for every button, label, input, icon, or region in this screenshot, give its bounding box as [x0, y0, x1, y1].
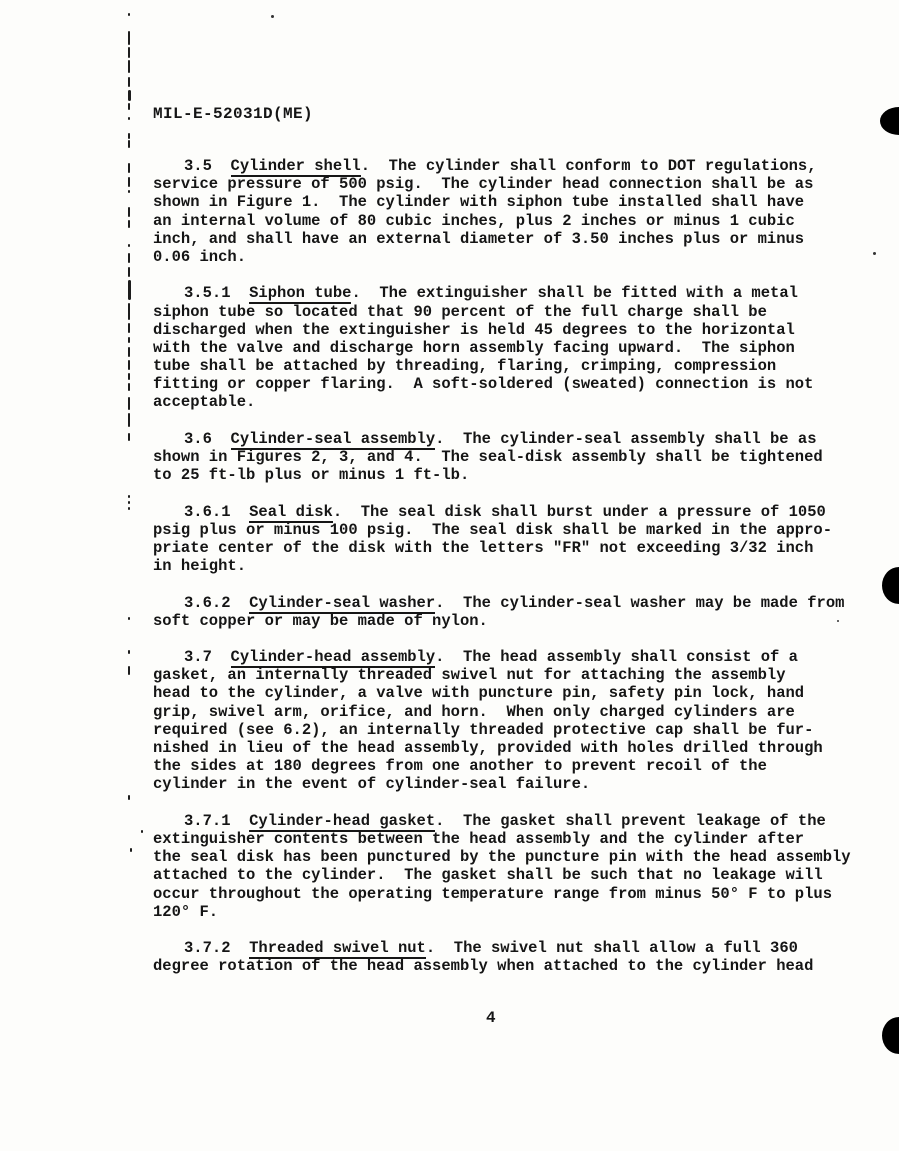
- paragraph-heading-line: 3.7 Cylinder-head assembly. The head ass…: [153, 648, 877, 666]
- binder-edge-mark: [882, 1017, 899, 1054]
- section-title: Cylinder-seal washer: [249, 594, 435, 614]
- paragraph-heading-line: 3.6 Cylinder-seal assembly. The cylinder…: [153, 430, 877, 448]
- paragraph-3.6.1: 3.6.1 Seal disk. The seal disk shall bur…: [153, 503, 877, 576]
- paragraph-line: to 25 ft-lb plus or minus 1 ft-lb.: [153, 466, 877, 484]
- section-title: Cylinder-head gasket: [249, 812, 435, 832]
- scan-noise-dash: [128, 220, 130, 228]
- scan-noise-dash: [128, 31, 130, 45]
- scan-noise-dash: [128, 337, 130, 343]
- scan-noise-dash: [128, 650, 130, 654]
- scan-noise-dash: [128, 495, 130, 498]
- heading-line-text: . The cylinder-seal washer may be made f…: [435, 594, 844, 612]
- paragraph-line: shown in Figure 1. The cylinder with sip…: [153, 193, 877, 211]
- heading-line-text: . The head assembly shall consist of a: [435, 648, 798, 666]
- binder-edge-mark: [882, 567, 899, 604]
- binder-edge-mark: [880, 107, 899, 135]
- scan-noise-dash: [130, 848, 132, 852]
- scan-noise-dash: [128, 383, 130, 391]
- paragraph-line: discharged when the extinguisher is held…: [153, 321, 877, 339]
- section-title: Cylinder shell: [231, 157, 361, 177]
- section-title: Seal disk: [249, 503, 333, 523]
- paragraph-line: cylinder in the event of cylinder-seal f…: [153, 775, 877, 793]
- scan-noise-dash: [128, 253, 130, 263]
- paragraph-line: psig plus or minus 100 psig. The seal di…: [153, 521, 877, 539]
- scan-noise-dash: [128, 140, 130, 148]
- scan-noise-dash: [128, 303, 130, 320]
- section-number: 3.7.2: [184, 939, 231, 957]
- paragraph-line: 0.06 inch.: [153, 248, 877, 266]
- paragraph-3.6.2: 3.6.2 Cylinder-seal washer. The cylinder…: [153, 594, 877, 630]
- scan-noise-dash: [128, 163, 130, 173]
- heading-line-text: . The seal disk shall burst under a pres…: [333, 503, 826, 521]
- paragraph-line: extinguisher contents between the head a…: [153, 830, 877, 848]
- scan-noise-dash: [128, 666, 130, 675]
- scan-noise-dash: [128, 433, 130, 441]
- paragraph-line: fitting or copper flaring. A soft-solder…: [153, 375, 877, 393]
- scanned-document-page: MIL-E-52031D(ME) 3.5 Cylinder shell. The…: [0, 0, 899, 1151]
- paragraph-line: 120° F.: [153, 903, 877, 921]
- scan-noise-dash: [128, 133, 130, 139]
- paragraph-line: soft copper or may be made of nylon.: [153, 612, 877, 630]
- paragraph-line: nished in lieu of the head assembly, pro…: [153, 739, 877, 757]
- section-number: 3.6.2: [184, 594, 231, 612]
- scan-noise-dash: [128, 77, 130, 87]
- scan-noise-dash: [128, 360, 130, 370]
- paragraph-line: the sides at 180 degrees from one anothe…: [153, 757, 877, 775]
- paragraph-line: acceptable.: [153, 393, 877, 411]
- paragraph-line: an internal volume of 80 cubic inches, p…: [153, 212, 877, 230]
- scan-noise-speck: [271, 15, 274, 18]
- paragraph-3.7.2: 3.7.2 Threaded swivel nut. The swivel nu…: [153, 939, 877, 975]
- section-title: Threaded swivel nut: [249, 939, 426, 959]
- scan-noise-dash: [128, 280, 131, 300]
- paragraph-line: attached to the cylinder. The gasket sha…: [153, 866, 877, 884]
- paragraph-line: shown in Figures 2, 3, and 4. The seal-d…: [153, 448, 877, 466]
- section-number: 3.5: [184, 157, 212, 175]
- heading-line-text: . The swivel nut shall allow a full 360: [426, 939, 798, 957]
- scan-noise-dash: [128, 190, 130, 193]
- scan-noise-dash: [128, 413, 130, 427]
- paragraph-heading-line: 3.7.1 Cylinder-head gasket. The gasket s…: [153, 812, 877, 830]
- document-id-header: MIL-E-52031D(ME): [153, 105, 313, 123]
- paragraph-line: head to the cylinder, a valve with punct…: [153, 684, 877, 702]
- paragraph-line: required (see 6.2), an internally thread…: [153, 721, 877, 739]
- paragraph-line: with the valve and discharge horn assemb…: [153, 339, 877, 357]
- scan-noise-dash: [128, 347, 130, 357]
- scan-noise-dash: [128, 397, 130, 410]
- section-title: Cylinder-seal assembly: [231, 430, 436, 450]
- scan-noise-dash: [128, 795, 130, 800]
- scan-noise-dash: [128, 323, 130, 333]
- paragraph-3.5.1: 3.5.1 Siphon tube. The extinguisher shal…: [153, 284, 877, 411]
- scan-noise-dash: [128, 117, 130, 120]
- paragraph-3.5: 3.5 Cylinder shell. The cylinder shall c…: [153, 157, 877, 266]
- section-number: 3.7: [184, 648, 212, 666]
- scan-noise-dash: [128, 60, 130, 73]
- scan-noise-speck: [873, 252, 876, 255]
- paragraph-line: in height.: [153, 557, 877, 575]
- scan-noise-dash: [141, 830, 143, 833]
- heading-line-text: . The cylinder-seal assembly shall be as: [435, 430, 816, 448]
- paragraph-3.7: 3.7 Cylinder-head assembly. The head ass…: [153, 648, 877, 794]
- paragraph-line: occur throughout the operating temperatu…: [153, 885, 877, 903]
- scan-noise-dash: [128, 501, 130, 504]
- scan-noise-dash: [128, 267, 130, 277]
- scan-noise-dash: [128, 47, 130, 58]
- scan-noise-dash: [128, 244, 130, 247]
- section-number: 3.6.1: [184, 503, 231, 521]
- paragraph-heading-line: 3.6.1 Seal disk. The seal disk shall bur…: [153, 503, 877, 521]
- paragraph-heading-line: 3.5 Cylinder shell. The cylinder shall c…: [153, 157, 877, 175]
- scan-noise-dash: [128, 13, 130, 16]
- paragraph-line: service pressure of 500 psig. The cylind…: [153, 175, 877, 193]
- paragraph-line: gasket, an internally threaded swivel nu…: [153, 666, 877, 684]
- scan-noise-speck: [837, 620, 839, 622]
- paragraph-heading-line: 3.5.1 Siphon tube. The extinguisher shal…: [153, 284, 877, 302]
- section-number: 3.7.1: [184, 812, 231, 830]
- paragraph-line: degree rotation of the head assembly whe…: [153, 957, 877, 975]
- document-body: 3.5 Cylinder shell. The cylinder shall c…: [153, 157, 877, 975]
- paragraph-3.7.1: 3.7.1 Cylinder-head gasket. The gasket s…: [153, 812, 877, 921]
- scan-noise-dash: [128, 373, 130, 380]
- paragraph-heading-line: 3.6.2 Cylinder-seal washer. The cylinder…: [153, 594, 877, 612]
- paragraph-line: priate center of the disk with the lette…: [153, 539, 877, 557]
- heading-line-text: . The cylinder shall conform to DOT regu…: [361, 157, 817, 175]
- paragraph-line: the seal disk has been punctured by the …: [153, 848, 877, 866]
- paragraph-3.6: 3.6 Cylinder-seal assembly. The cylinder…: [153, 430, 877, 485]
- section-title: Cylinder-head assembly: [231, 648, 436, 668]
- section-title: Siphon tube: [249, 284, 351, 304]
- section-number: 3.6: [184, 430, 212, 448]
- heading-line-text: . The extinguisher shall be fitted with …: [351, 284, 797, 302]
- scan-noise-dash: [128, 177, 130, 187]
- section-number: 3.5.1: [184, 284, 231, 302]
- paragraph-heading-line: 3.7.2 Threaded swivel nut. The swivel nu…: [153, 939, 877, 957]
- page-number: 4: [486, 1009, 496, 1027]
- heading-line-text: . The gasket shall prevent leakage of th…: [435, 812, 826, 830]
- scan-noise-dash: [128, 90, 131, 101]
- scan-noise-dash: [128, 103, 130, 110]
- scan-noise-dash: [128, 207, 130, 217]
- scan-noise-dash: [128, 507, 130, 510]
- scan-noise-dash: [128, 617, 130, 620]
- paragraph-line: tube shall be attached by threading, fla…: [153, 357, 877, 375]
- paragraph-line: siphon tube so located that 90 percent o…: [153, 303, 877, 321]
- paragraph-line: inch, and shall have an external diamete…: [153, 230, 877, 248]
- paragraph-line: grip, swivel arm, orifice, and horn. Whe…: [153, 703, 877, 721]
